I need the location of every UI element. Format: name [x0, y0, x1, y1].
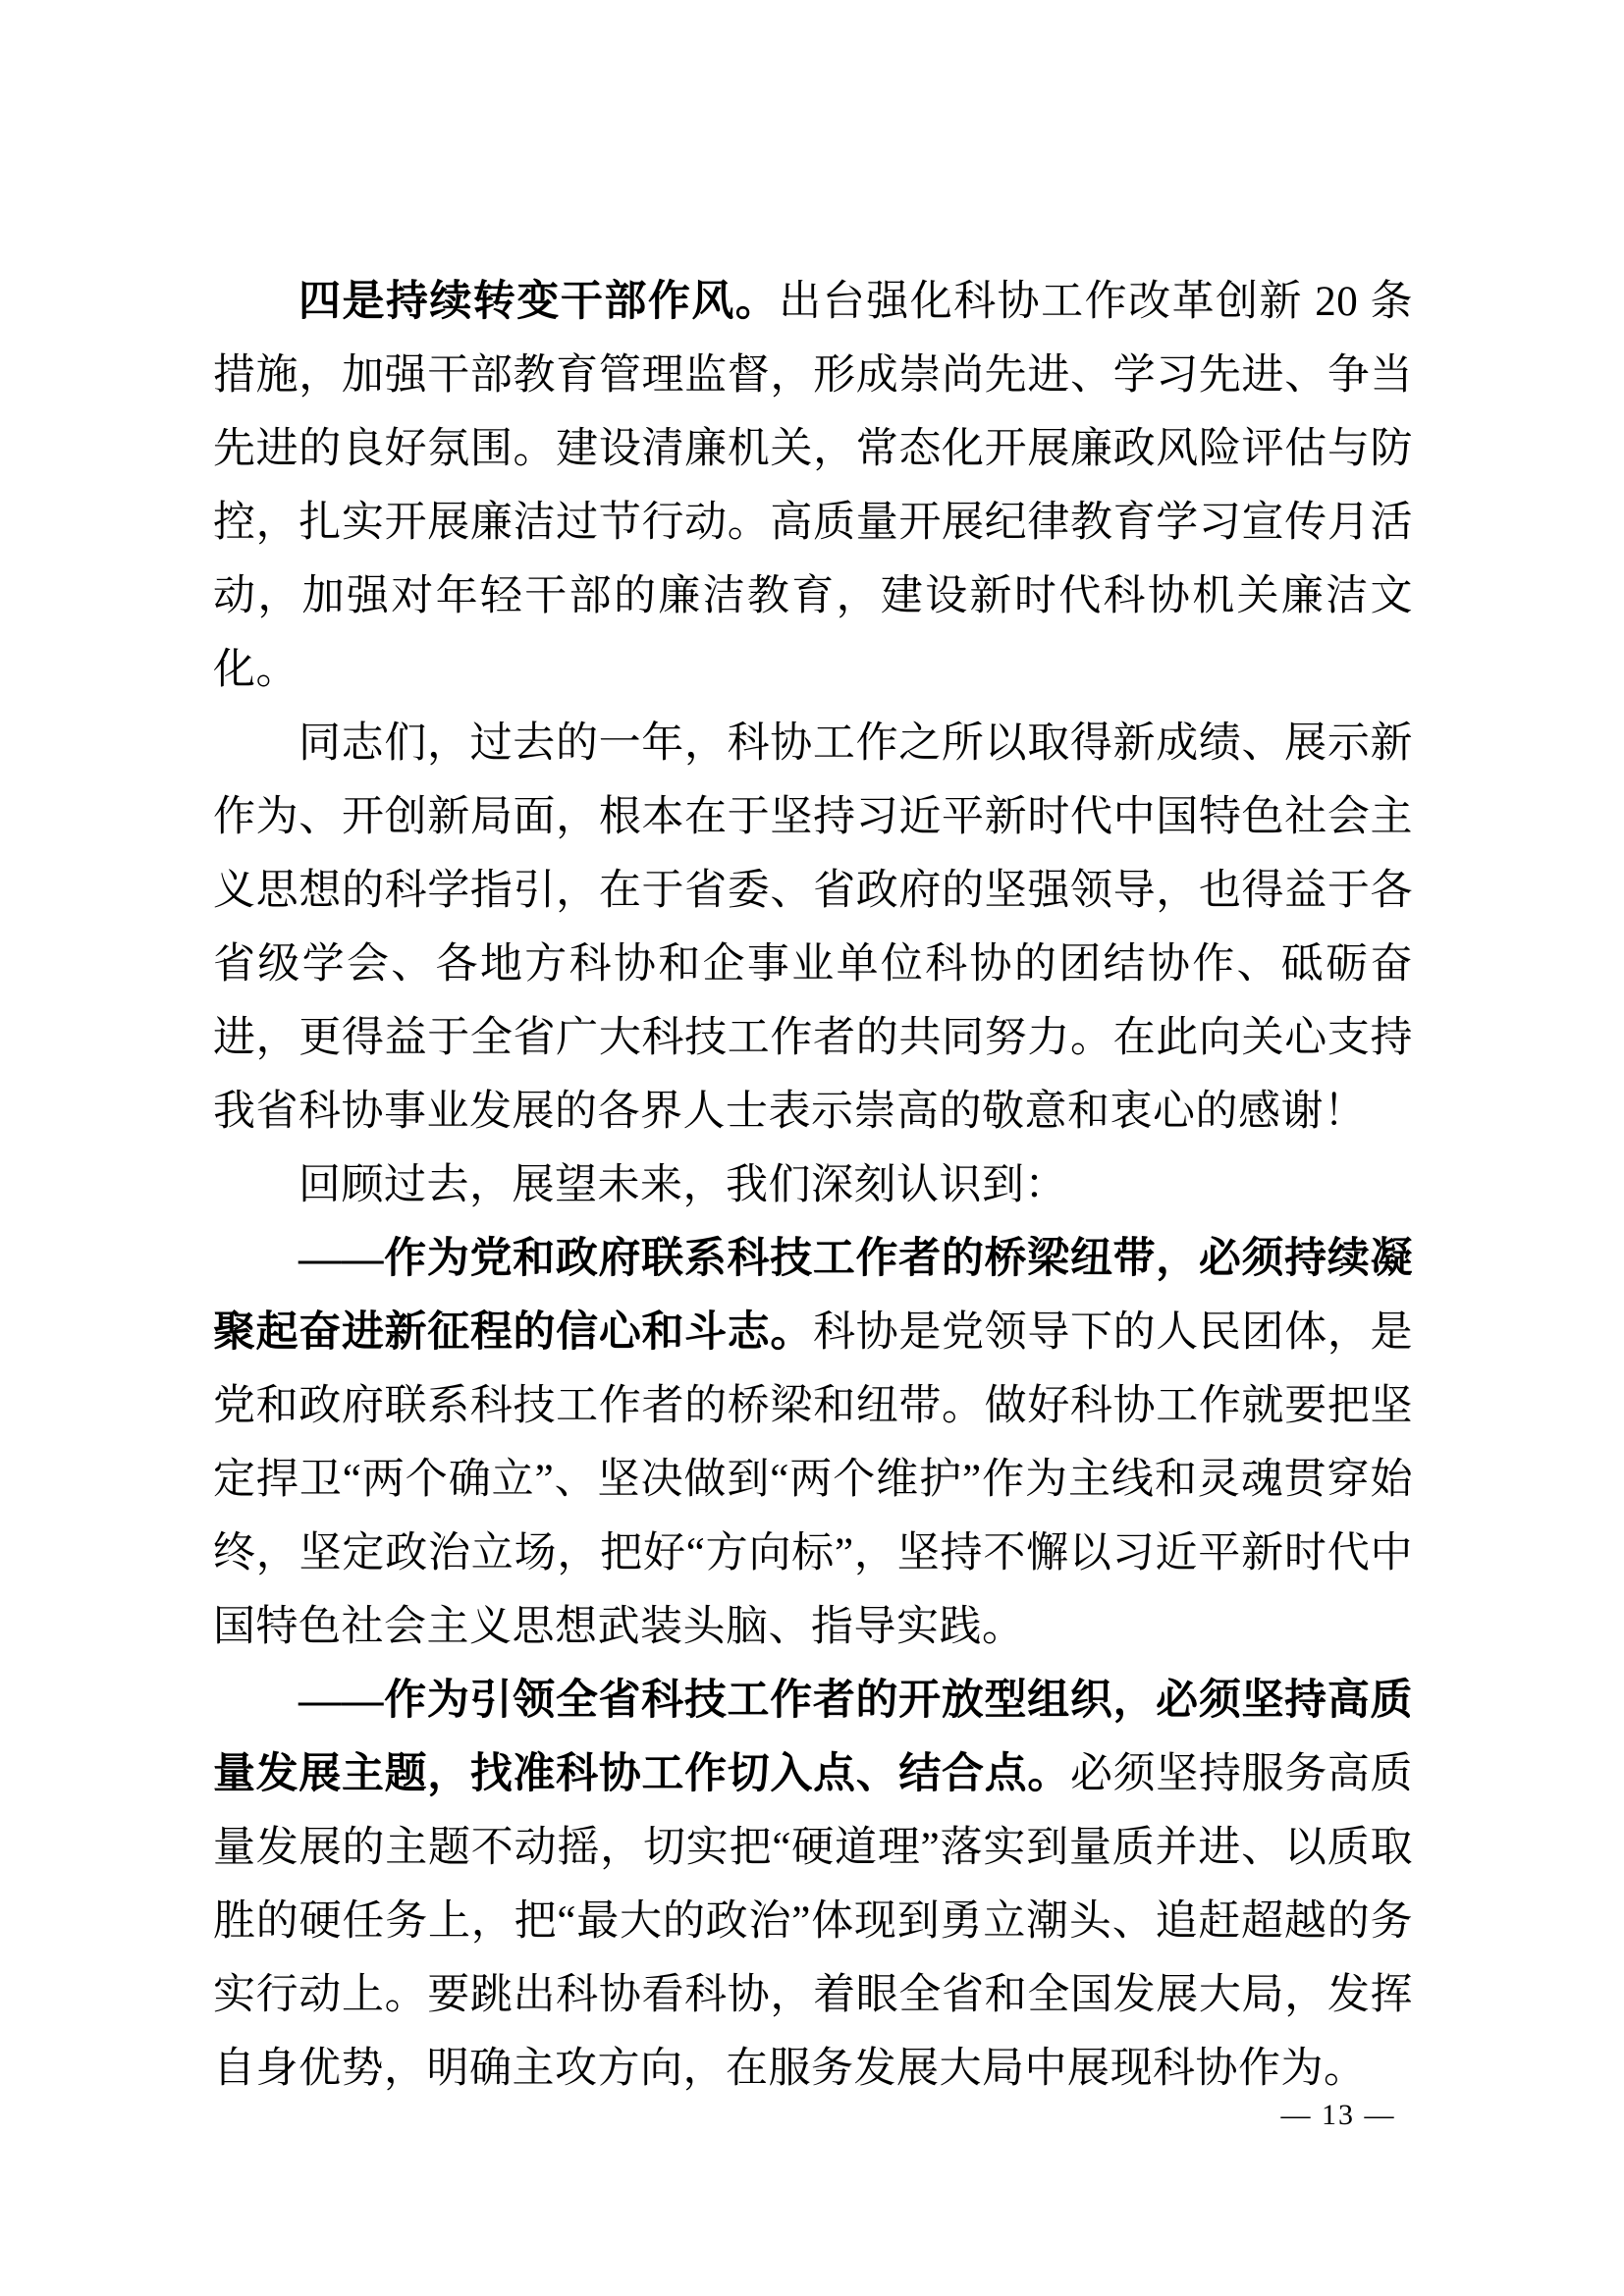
paragraph-4: ——作为党和政府联系科技工作者的桥梁纽带，必须持续凝聚起奋进新征程的信心和斗志。…	[213, 1222, 1413, 1664]
paragraph-1: 四是持续转变干部作风。出台强化科协工作改革创新 20 条措施，加强干部教育管理监…	[213, 265, 1413, 707]
paragraph-5: ——作为引领全省科技工作者的开放型组织，必须坚持高质量发展主题，找准科协工作切入…	[213, 1664, 1413, 2106]
paragraph-2-text: 同志们，过去的一年，科协工作之所以取得新成绩、展示新作为、开创新局面，根本在于坚…	[213, 721, 1413, 1135]
page-number: — 13 —	[1255, 2099, 1422, 2132]
paragraph-2: 同志们，过去的一年，科协工作之所以取得新成绩、展示新作为、开创新局面，根本在于坚…	[213, 707, 1413, 1148]
document-page: 四是持续转变干部作风。出台强化科协工作改革创新 20 条措施，加强干部教育管理监…	[0, 0, 1624, 2296]
paragraph-1-text: 出台强化科协工作改革创新 20 条措施，加强干部教育管理监督，形成崇尚先进、学习…	[213, 279, 1413, 693]
paragraph-1-lead-bold: 四是持续转变干部作风。	[298, 279, 779, 325]
paragraph-5-text: 必须坚持服务高质量发展的主题不动摇，切实把“硬道理”落实到量质并进、以质取胜的硬…	[213, 1751, 1413, 2092]
paragraph-3: 回顾过去，展望未来，我们深刻认识到：	[213, 1148, 1413, 1222]
paragraph-3-text: 回顾过去，展望未来，我们深刻认识到：	[298, 1162, 1067, 1208]
document-body: 四是持续转变干部作风。出台强化科协工作改革创新 20 条措施，加强干部教育管理监…	[213, 265, 1413, 2106]
paragraph-4-text: 科协是党领导下的人民团体，是党和政府联系科技工作者的桥梁和纽带。做好科协工作就要…	[213, 1309, 1413, 1650]
